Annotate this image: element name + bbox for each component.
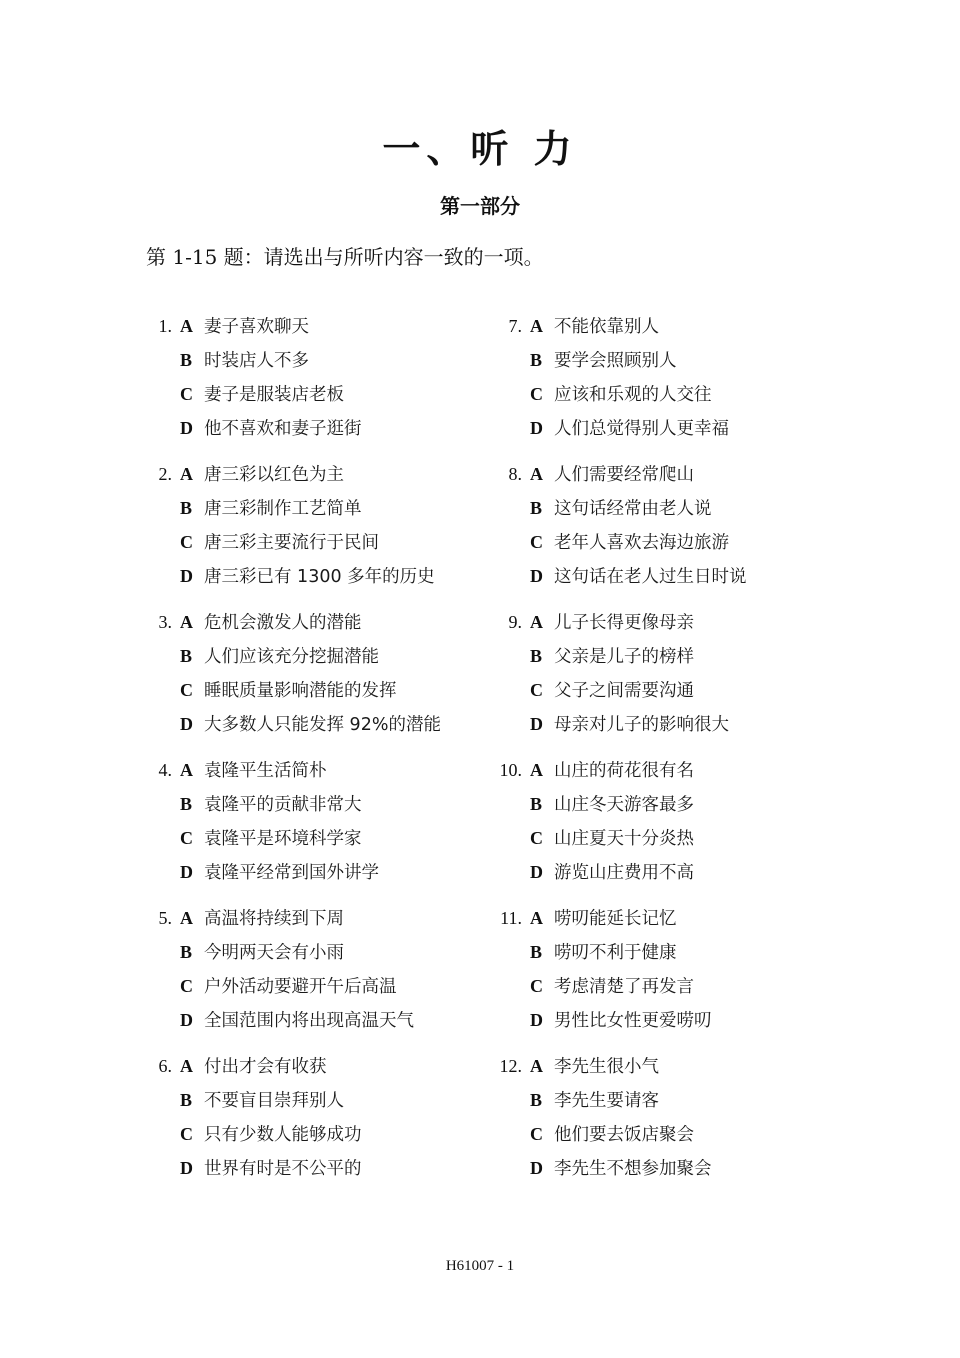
option-letter: A [180, 905, 204, 931]
option-letter: A [530, 461, 554, 487]
answer-option: C考虑清楚了再发言 [530, 973, 694, 999]
answer-option: B要学会照顾别人 [530, 347, 677, 373]
question-number: 3. [140, 609, 172, 635]
question-item: 2.A唐三彩以红色为主B唐三彩制作工艺简单C唐三彩主要流行于民间D唐三彩已有 1… [140, 461, 480, 609]
answer-option: A山庄的荷花很有名 [530, 757, 694, 783]
option-text: 老年人喜欢去海边旅游 [554, 533, 729, 553]
question-item: 11.A唠叨能延长记忆B唠叨不利于健康C考虑清楚了再发言D男性比女性更爱唠叨 [490, 905, 810, 1053]
option-letter: A [530, 313, 554, 339]
option-letter: C [180, 529, 204, 555]
option-letter: A [180, 609, 204, 635]
answer-option: B父亲是儿子的榜样 [530, 643, 694, 669]
option-letter: B [530, 495, 554, 521]
option-text: 要学会照顾别人 [554, 351, 677, 371]
option-text: 人们需要经常爬山 [554, 465, 694, 485]
answer-option: C他们要去饭店聚会 [530, 1121, 694, 1147]
option-letter: D [180, 1155, 204, 1181]
option-letter: C [530, 677, 554, 703]
answer-option: D这句话在老人过生日时说 [530, 563, 747, 589]
answer-option: C睡眠质量影响潜能的发挥 [180, 677, 397, 703]
answer-option: A妻子喜欢聊天 [180, 313, 309, 339]
option-letter: B [180, 791, 204, 817]
option-text: 睡眠质量影响潜能的发挥 [204, 681, 397, 701]
question-item: 9.A儿子长得更像母亲B父亲是儿子的榜样C父子之间需要沟通D母亲对儿子的影响很大 [490, 609, 810, 757]
option-text: 游览山庄费用不高 [554, 863, 694, 883]
answer-option: A高温将持续到下周 [180, 905, 344, 931]
option-letter: B [530, 791, 554, 817]
option-letter: B [180, 939, 204, 965]
option-text: 唠叨能延长记忆 [554, 909, 677, 929]
option-text: 唐三彩以红色为主 [204, 465, 344, 485]
answer-option: C老年人喜欢去海边旅游 [530, 529, 729, 555]
option-text: 山庄的荷花很有名 [554, 761, 694, 781]
option-text: 袁隆平的贡献非常大 [204, 795, 362, 815]
option-letter: D [180, 415, 204, 441]
answer-option: B今明两天会有小雨 [180, 939, 344, 965]
answer-option: B袁隆平的贡献非常大 [180, 791, 362, 817]
option-text: 李先生要请客 [554, 1091, 659, 1111]
option-text: 全国范围内将出现高温天气 [204, 1011, 414, 1031]
question-number: 7. [490, 313, 522, 339]
answer-option: C袁隆平是环境科学家 [180, 825, 362, 851]
option-letter: B [180, 347, 204, 373]
answer-option: A李先生很小气 [530, 1053, 659, 1079]
answer-option: B人们应该充分挖掘潜能 [180, 643, 379, 669]
answer-option: B不要盲目崇拜别人 [180, 1087, 344, 1113]
page-title: 一、听 力 [0, 118, 960, 173]
option-text: 母亲对儿子的影响很大 [554, 715, 729, 735]
option-text: 李先生不想参加聚会 [554, 1159, 712, 1179]
answer-option: D他不喜欢和妻子逛街 [180, 415, 362, 441]
option-text: 山庄冬天游客最多 [554, 795, 694, 815]
option-letter: D [530, 1007, 554, 1033]
option-letter: A [180, 757, 204, 783]
question-number: 11. [490, 905, 522, 931]
question-number: 1. [140, 313, 172, 339]
question-number: 8. [490, 461, 522, 487]
option-text: 父子之间需要沟通 [554, 681, 694, 701]
option-text: 李先生很小气 [554, 1057, 659, 1077]
option-letter: B [180, 643, 204, 669]
question-item: 5.A高温将持续到下周B今明两天会有小雨C户外活动要避开午后高温D全国范围内将出… [140, 905, 480, 1053]
question-item: 12.A李先生很小气B李先生要请客C他们要去饭店聚会D李先生不想参加聚会 [490, 1053, 810, 1201]
question-item: 8.A人们需要经常爬山B这句话经常由老人说C老年人喜欢去海边旅游D这句话在老人过… [490, 461, 810, 609]
option-text: 妻子喜欢聊天 [204, 317, 309, 337]
question-column-right: 7.A不能依靠别人B要学会照顾别人C应该和乐观的人交往D人们总觉得别人更幸福8.… [490, 313, 810, 1201]
answer-option: C户外活动要避开午后高温 [180, 973, 397, 999]
answer-option: A唐三彩以红色为主 [180, 461, 344, 487]
question-item: 3.A危机会激发人的潜能B人们应该充分挖掘潜能C睡眠质量影响潜能的发挥D大多数人… [140, 609, 480, 757]
option-text: 妻子是服装店老板 [204, 385, 344, 405]
option-text: 唠叨不利于健康 [554, 943, 677, 963]
option-text: 人们总觉得别人更幸福 [554, 419, 729, 439]
option-letter: D [530, 1155, 554, 1181]
option-letter: D [530, 563, 554, 589]
question-item: 10.A山庄的荷花很有名B山庄冬天游客最多C山庄夏天十分炎热D游览山庄费用不高 [490, 757, 810, 905]
option-letter: D [530, 711, 554, 737]
answer-option: C山庄夏天十分炎热 [530, 825, 694, 851]
option-text: 只有少数人能够成功 [204, 1125, 362, 1145]
option-letter: D [180, 859, 204, 885]
page-footer: H61007 - 1 [0, 1258, 960, 1275]
answer-option: D人们总觉得别人更幸福 [530, 415, 729, 441]
option-letter: C [180, 677, 204, 703]
question-number: 4. [140, 757, 172, 783]
option-letter: A [530, 609, 554, 635]
question-column-left: 1.A妻子喜欢聊天B时装店人不多C妻子是服装店老板D他不喜欢和妻子逛街2.A唐三… [140, 313, 480, 1201]
option-text: 唐三彩已有 1300 多年的历史 [204, 567, 435, 587]
question-item: 1.A妻子喜欢聊天B时装店人不多C妻子是服装店老板D他不喜欢和妻子逛街 [140, 313, 480, 461]
option-text: 今明两天会有小雨 [204, 943, 344, 963]
answer-option: D大多数人只能发挥 92%的潜能 [180, 711, 441, 737]
option-text: 山庄夏天十分炎热 [554, 829, 694, 849]
option-letter: B [530, 939, 554, 965]
option-text: 时装店人不多 [204, 351, 309, 371]
option-text: 父亲是儿子的榜样 [554, 647, 694, 667]
instruction-text: 第 1-15 题：请选出与所听内容一致的一项。 [146, 241, 544, 270]
answer-option: A付出才会有收获 [180, 1053, 327, 1079]
answer-option: D袁隆平经常到国外讲学 [180, 859, 379, 885]
option-text: 高温将持续到下周 [204, 909, 344, 929]
option-letter: C [180, 1121, 204, 1147]
answer-option: A人们需要经常爬山 [530, 461, 694, 487]
option-letter: C [530, 973, 554, 999]
option-text: 男性比女性更爱唠叨 [554, 1011, 712, 1031]
option-text: 这句话在老人过生日时说 [554, 567, 747, 587]
option-letter: D [180, 563, 204, 589]
answer-option: C应该和乐观的人交往 [530, 381, 712, 407]
answer-option: D男性比女性更爱唠叨 [530, 1007, 712, 1033]
answer-option: C父子之间需要沟通 [530, 677, 694, 703]
option-text: 不要盲目崇拜别人 [204, 1091, 344, 1111]
answer-option: A不能依靠别人 [530, 313, 659, 339]
option-letter: A [530, 905, 554, 931]
option-letter: D [530, 415, 554, 441]
option-letter: B [530, 643, 554, 669]
answer-option: D母亲对儿子的影响很大 [530, 711, 729, 737]
option-letter: D [530, 859, 554, 885]
option-letter: B [180, 495, 204, 521]
option-text: 袁隆平经常到国外讲学 [204, 863, 379, 883]
answer-option: A儿子长得更像母亲 [530, 609, 694, 635]
option-text: 他不喜欢和妻子逛街 [204, 419, 362, 439]
answer-option: D世界有时是不公平的 [180, 1155, 362, 1181]
option-text: 户外活动要避开午后高温 [204, 977, 397, 997]
answer-option: A危机会激发人的潜能 [180, 609, 362, 635]
answer-option: D李先生不想参加聚会 [530, 1155, 712, 1181]
option-letter: B [180, 1087, 204, 1113]
question-number: 6. [140, 1053, 172, 1079]
option-text: 唐三彩主要流行于民间 [204, 533, 379, 553]
option-letter: C [530, 1121, 554, 1147]
option-letter: D [180, 1007, 204, 1033]
answer-option: C妻子是服装店老板 [180, 381, 344, 407]
option-text: 危机会激发人的潜能 [204, 613, 362, 633]
question-number: 5. [140, 905, 172, 931]
answer-option: D全国范围内将出现高温天气 [180, 1007, 414, 1033]
answer-option: C唐三彩主要流行于民间 [180, 529, 379, 555]
option-letter: C [180, 381, 204, 407]
question-item: 6.A付出才会有收获B不要盲目崇拜别人C只有少数人能够成功D世界有时是不公平的 [140, 1053, 480, 1201]
answer-option: C只有少数人能够成功 [180, 1121, 362, 1147]
answer-option: B山庄冬天游客最多 [530, 791, 694, 817]
answer-option: A唠叨能延长记忆 [530, 905, 677, 931]
option-letter: C [530, 529, 554, 555]
option-text: 唐三彩制作工艺简单 [204, 499, 362, 519]
option-letter: A [530, 757, 554, 783]
option-letter: C [530, 381, 554, 407]
option-letter: B [530, 1087, 554, 1113]
answer-option: B李先生要请客 [530, 1087, 659, 1113]
option-text: 考虑清楚了再发言 [554, 977, 694, 997]
option-text: 这句话经常由老人说 [554, 499, 712, 519]
option-text: 袁隆平生活简朴 [204, 761, 327, 781]
option-text: 大多数人只能发挥 92%的潜能 [204, 715, 441, 735]
answer-option: D游览山庄费用不高 [530, 859, 694, 885]
option-letter: C [180, 825, 204, 851]
question-number: 2. [140, 461, 172, 487]
section-heading: 第一部分 [0, 190, 960, 219]
answer-option: A袁隆平生活简朴 [180, 757, 327, 783]
answer-option: B唠叨不利于健康 [530, 939, 677, 965]
option-text: 袁隆平是环境科学家 [204, 829, 362, 849]
option-text: 应该和乐观的人交往 [554, 385, 712, 405]
question-number: 12. [490, 1053, 522, 1079]
answer-option: B这句话经常由老人说 [530, 495, 712, 521]
option-text: 付出才会有收获 [204, 1057, 327, 1077]
option-letter: C [530, 825, 554, 851]
option-text: 他们要去饭店聚会 [554, 1125, 694, 1145]
answer-option: D唐三彩已有 1300 多年的历史 [180, 563, 435, 589]
option-text: 不能依靠别人 [554, 317, 659, 337]
question-item: 7.A不能依靠别人B要学会照顾别人C应该和乐观的人交往D人们总觉得别人更幸福 [490, 313, 810, 461]
option-letter: A [180, 461, 204, 487]
option-letter: D [180, 711, 204, 737]
question-number: 9. [490, 609, 522, 635]
option-letter: C [180, 973, 204, 999]
question-item: 4.A袁隆平生活简朴B袁隆平的贡献非常大C袁隆平是环境科学家D袁隆平经常到国外讲… [140, 757, 480, 905]
answer-option: B唐三彩制作工艺简单 [180, 495, 362, 521]
option-letter: B [530, 347, 554, 373]
option-text: 儿子长得更像母亲 [554, 613, 694, 633]
option-letter: A [180, 1053, 204, 1079]
option-text: 世界有时是不公平的 [204, 1159, 362, 1179]
option-text: 人们应该充分挖掘潜能 [204, 647, 379, 667]
question-number: 10. [490, 757, 522, 783]
answer-option: B时装店人不多 [180, 347, 309, 373]
option-letter: A [180, 313, 204, 339]
option-letter: A [530, 1053, 554, 1079]
